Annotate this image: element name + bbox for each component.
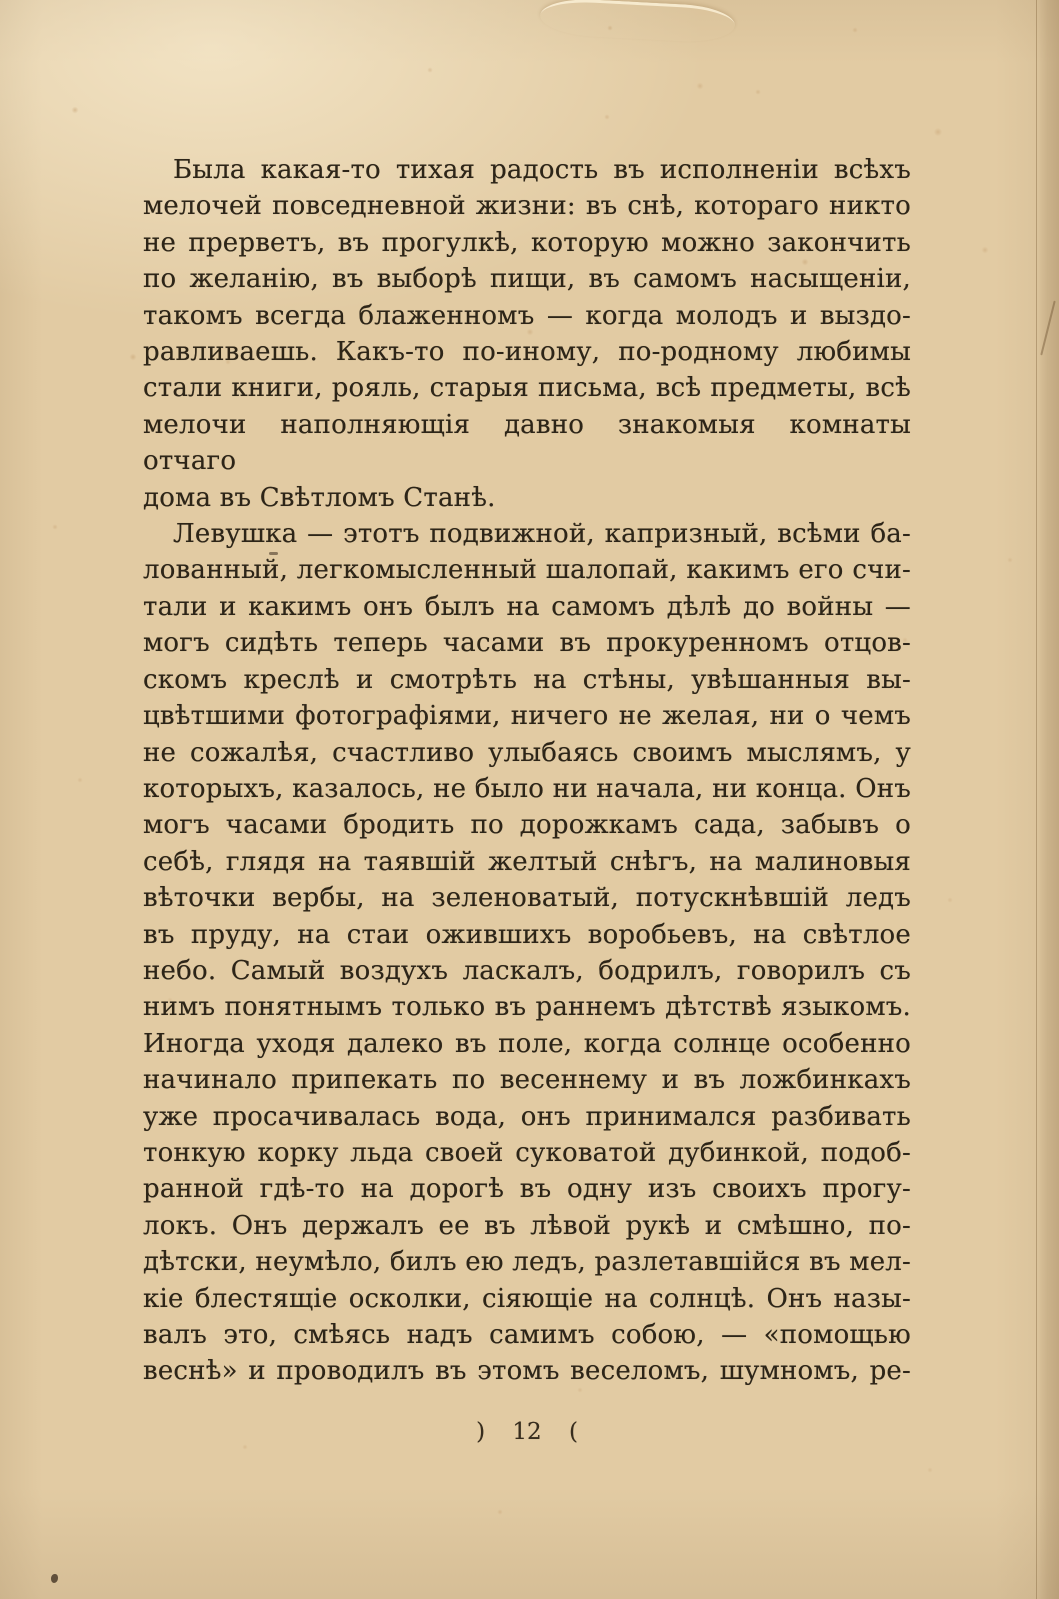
text-line: могъ сидѣть теперь часами въ прокуренном…: [143, 625, 911, 661]
text-line: не сожалѣя, счастливо улыбаясь своимъ мы…: [143, 735, 911, 771]
text-line: ранной гдѣ-то на дорогѣ въ одну изъ свои…: [143, 1171, 911, 1207]
paper-crease: [539, 0, 736, 44]
text-line: тонкую корку льда своей суковатой дубинк…: [143, 1135, 911, 1171]
page-number: ) 12 (: [143, 1419, 911, 1445]
text-line: начинало припекать по весеннему и въ лож…: [143, 1062, 911, 1098]
text-line: кіе блестящіе осколки, сіяющіе на солнцѣ…: [143, 1281, 911, 1317]
text-line: веснѣ» и проводилъ въ этомъ веселомъ, шу…: [143, 1353, 911, 1389]
text-line: могъ часами бродить по дорожкамъ сада, з…: [143, 807, 911, 843]
text-line: тали и какимъ онъ былъ на самомъ дѣлѣ до…: [143, 589, 911, 625]
text-line: нимъ понятнымъ только въ раннемъ дѣтствѣ…: [143, 989, 911, 1025]
text-line: такомъ всегда блаженномъ — когда молодъ …: [143, 298, 911, 334]
text-line: стали книги, рояль, старыя письма, всѣ п…: [143, 370, 911, 406]
text-line: дома въ Свѣтломъ Станѣ.: [143, 480, 911, 516]
text-line: цвѣтшими фотографіями, ничего не желая, …: [143, 698, 911, 734]
text-line: мелочи наполняющія давно знакомыя комнат…: [143, 407, 911, 480]
text-line: вѣточки вербы, на зеленоватый, потускнѣв…: [143, 880, 911, 916]
text-line: лованный, легкомысленный шалопай, какимъ…: [143, 552, 911, 588]
text-block: Была какая-то тихая радость въ исполнені…: [143, 152, 911, 1445]
text-line: Иногда уходя далеко въ поле, когда солнц…: [143, 1026, 911, 1062]
page-edge: [1036, 0, 1059, 1599]
text-line: небо. Самый воздухъ ласкалъ, бодрилъ, го…: [143, 953, 911, 989]
text-line: себѣ, глядя на таявшій желтый снѣгъ, на …: [143, 844, 911, 880]
ink-speck: [51, 1574, 58, 1583]
text-line: скомъ креслѣ и смотрѣть на стѣны, увѣшан…: [143, 662, 911, 698]
text-line: дѣтски, неумѣло, билъ ею ледъ, разлетавш…: [143, 1244, 911, 1280]
text-line: Левушка — этотъ подвижной, капризный, вс…: [143, 516, 911, 552]
text-line: въ пруду, на стаи ожившихъ воробьевъ, на…: [143, 917, 911, 953]
text-line: по желанію, въ выборѣ пищи, въ самомъ на…: [143, 261, 911, 297]
book-page: Была какая-то тихая радость въ исполнені…: [0, 0, 1059, 1599]
text-line: уже просачивалась вода, онъ принимался р…: [143, 1099, 911, 1135]
text-line: Была какая-то тихая радость въ исполнені…: [143, 152, 911, 188]
text-line: валъ это, смѣясь надъ самимъ собою, — «п…: [143, 1317, 911, 1353]
text-line: мелочей повседневной жизни: въ снѣ, кото…: [143, 188, 911, 224]
text-line: равливаешь. Какъ-то по-иному, по-родному…: [143, 334, 911, 370]
text-line: локъ. Онъ держалъ ее въ лѣвой рукѣ и смѣ…: [143, 1208, 911, 1244]
text-line: которыхъ, казалось, не было ни начала, н…: [143, 771, 911, 807]
text-line: не прерветъ, въ прогулкѣ, которую можно …: [143, 225, 911, 261]
